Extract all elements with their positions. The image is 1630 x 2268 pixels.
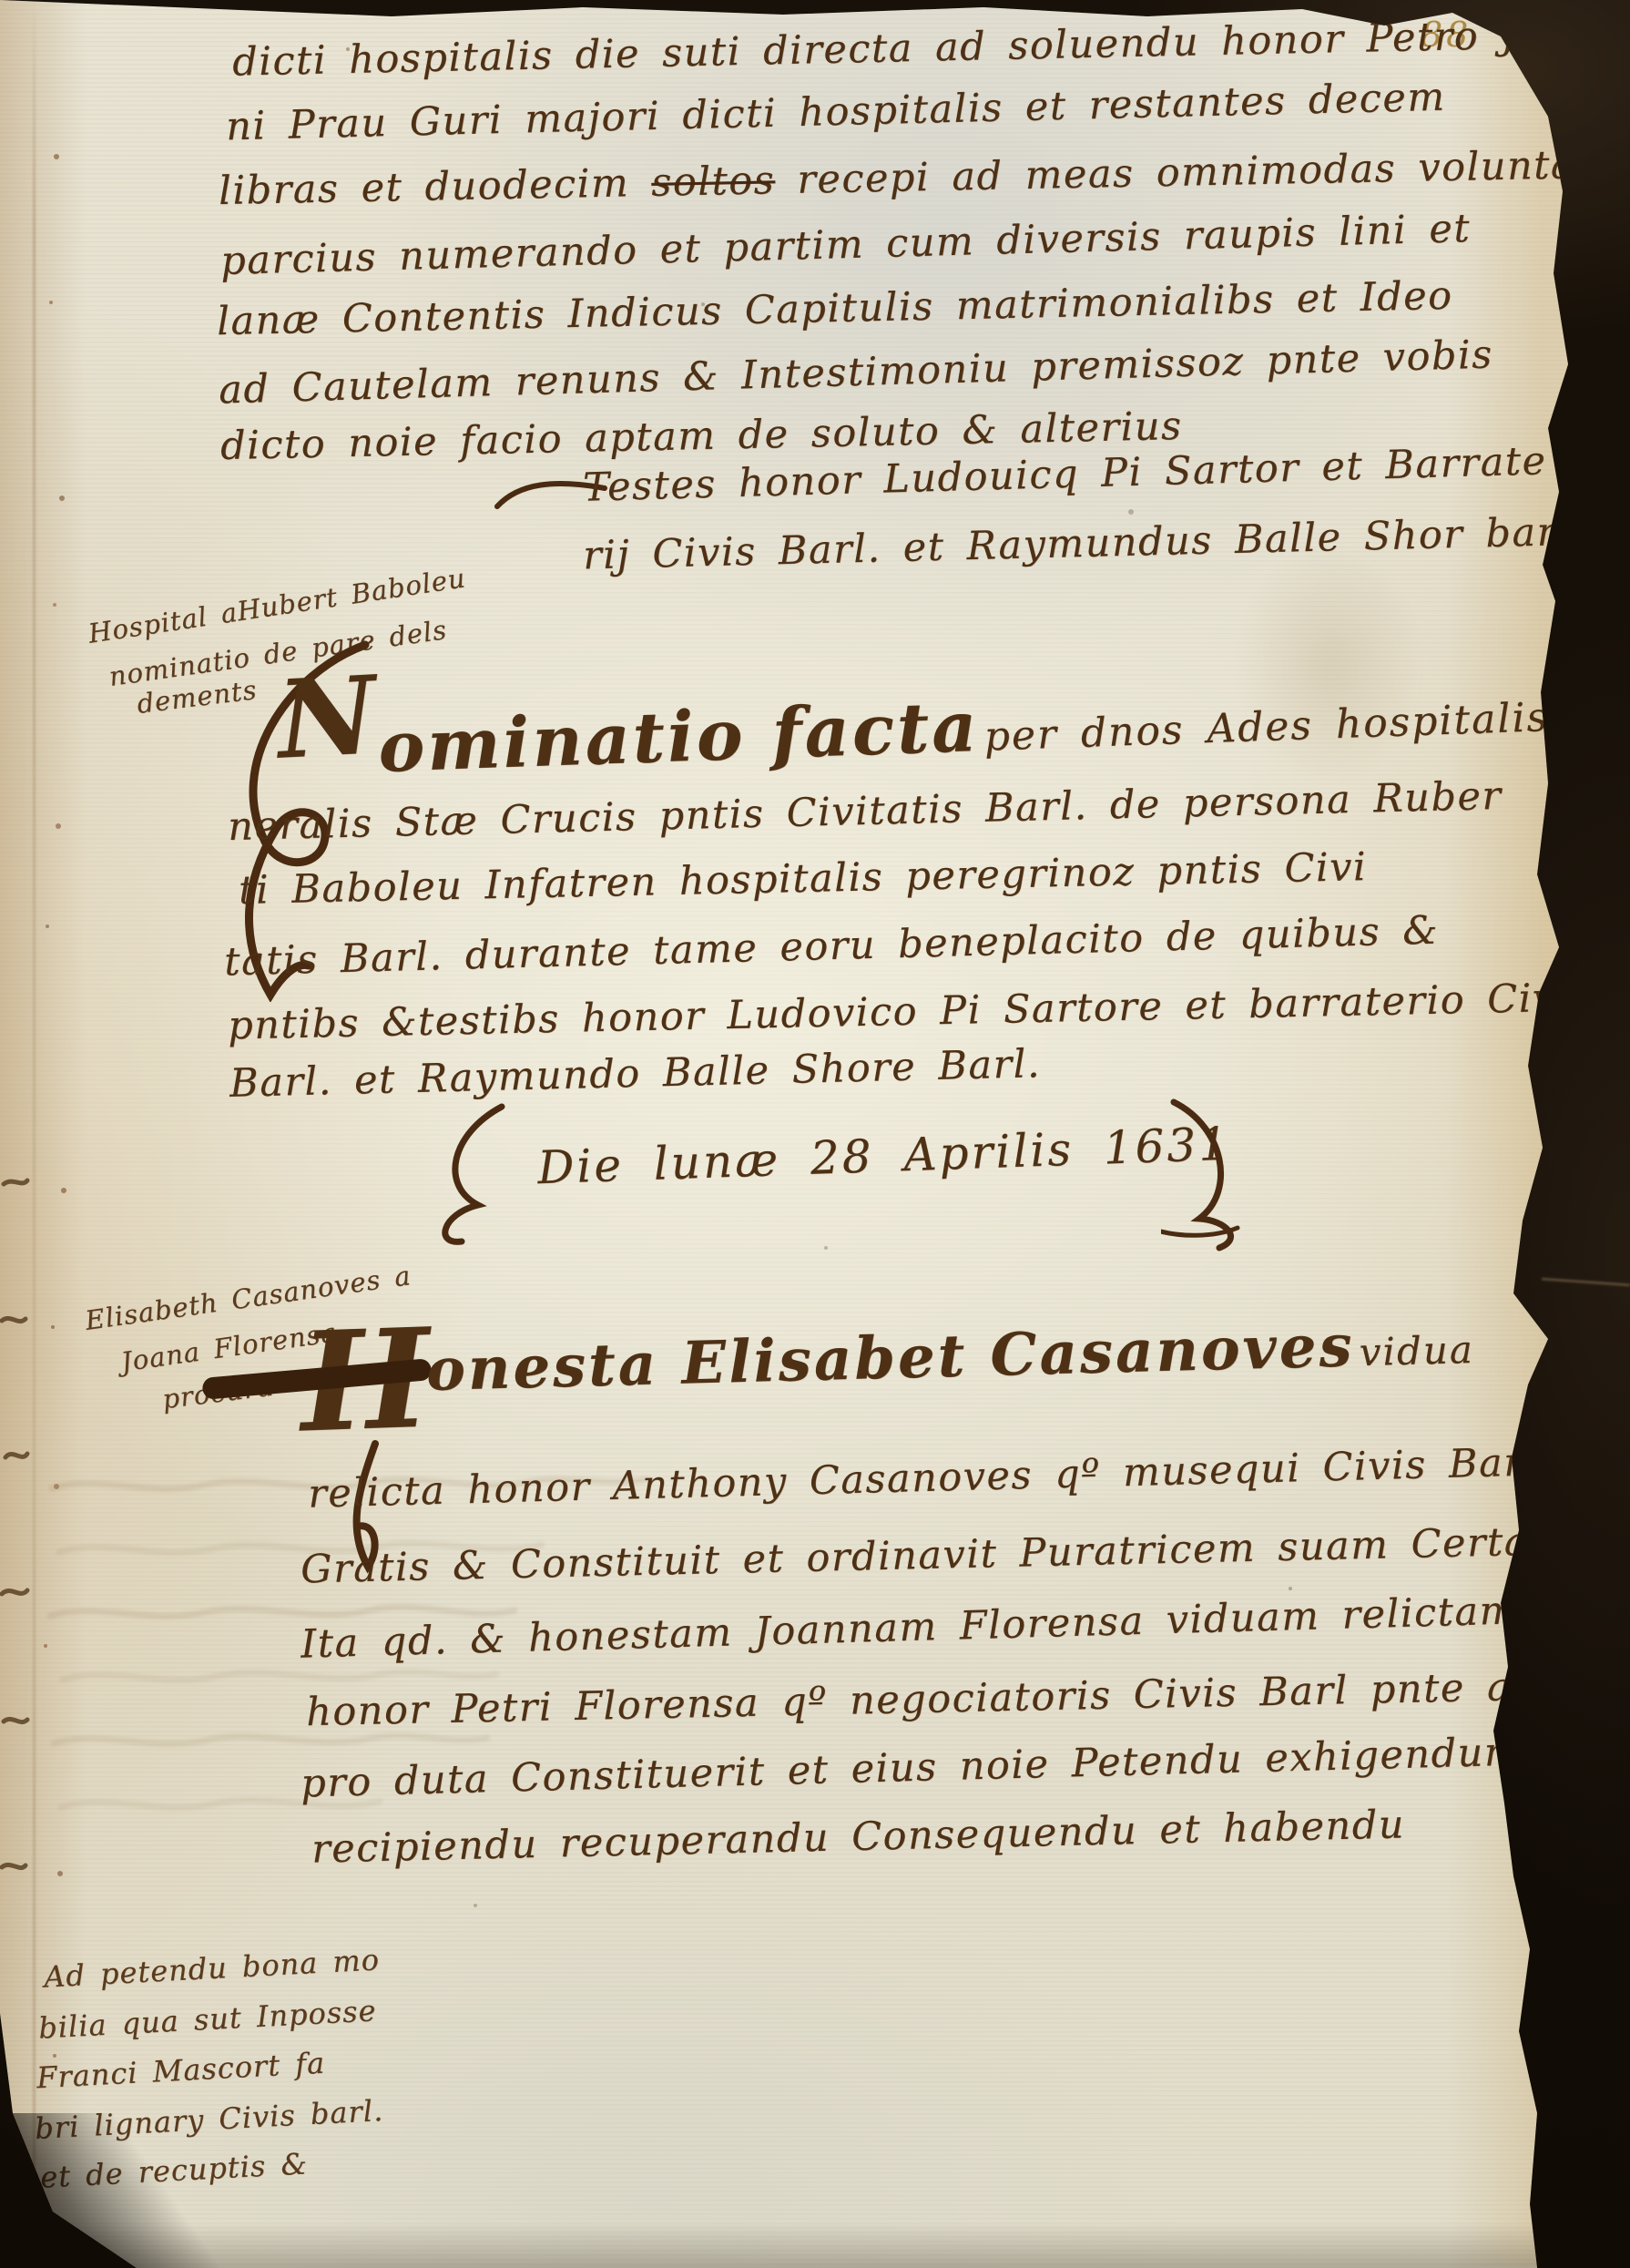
struck-word: soltos [651, 158, 776, 206]
binding-gutter-tint [0, 0, 87, 2268]
date-line: Die lunæ 28 Aprilis 1631 [536, 1118, 1231, 1195]
manuscript-line: pntibs &testibs honor Ludovico Pi Sartor… [228, 975, 1581, 1048]
manuscript-line: ad Cautelam renuns & Intestimoniu premis… [219, 332, 1494, 413]
manuscript-line: ti Baboleu Infatren hospitalis peregrino… [239, 844, 1368, 914]
heading-continuation: per dnos Ades hospitalis ge [983, 691, 1625, 761]
manuscript-line: Ita qd. & honestam Joannam Florensa vidu… [301, 1588, 1519, 1667]
line-text: recepi ad meas omnimodas voluntates [775, 141, 1630, 203]
manuscript-line: relicta honor Anthony Casanoves qº museq… [308, 1439, 1538, 1517]
foxing-spots [0, 0, 4, 4]
date-left-flourish [414, 1098, 514, 1252]
manuscript-line: dicti hospitalis die suti directa ad sol… [232, 11, 1595, 85]
heading-end-word: vidua [1359, 1327, 1474, 1374]
manuscript-line-struck-word: libras et duodecim soltos recepi ad meas… [219, 141, 1630, 214]
gutter-fold-crease [33, 0, 36, 2268]
witness-line: rij Civis Barl. et Raymundus Balle Shor … [583, 509, 1585, 579]
manuscript-line: lanæ Contentis Indicus Capitulis matrimo… [217, 273, 1453, 344]
backdrop-crease [1542, 1278, 1630, 1287]
manuscript-line: recipiendu recuperandu Consequendu et ha… [311, 1802, 1406, 1872]
manuscript-line: pro duta Constituerit et eius noie Peten… [301, 1729, 1523, 1806]
manuscript-line: tatis Barl. durante tame eoru beneplacit… [224, 908, 1440, 986]
margin-note-line: Ad petendu bona mo [43, 1942, 381, 1994]
manuscript-line: Barl. et Raymundo Balle Shore Barl. [229, 1041, 1042, 1107]
manuscript-line: honor Petri Florensa qº negociatoris Civ… [306, 1662, 1625, 1735]
margin-note-line: bilia qua sut Inposse [37, 1993, 377, 2045]
heading-large-text: onesta Elisabet Casanoves [425, 1312, 1355, 1405]
entry-heading: ominatio facta per dnos Ades hospitalis … [377, 663, 1625, 788]
entry-heading: onesta Elisabet Casanoves vidua [425, 1309, 1474, 1405]
manuscript-line: Gratis & Constituit et ordinavit Puratri… [301, 1517, 1626, 1592]
scan-backdrop: 88 dicti hospitalis die suti directa ad … [0, 0, 1630, 2268]
margin-note-line: bri lignary Civis barl. [34, 2093, 384, 2146]
manuscript-page: 88 dicti hospitalis die suti directa ad … [0, 0, 1630, 2268]
heading-large-text: ominatio facta [377, 686, 981, 788]
margin-note-line: et de recuptis & [39, 2146, 309, 2194]
manuscript-line: parcius numerando et partim cum diversis… [220, 206, 1472, 284]
initial-capital-h: H [298, 1299, 433, 1464]
line-text: libras et duodecim [219, 160, 652, 214]
date-right-flourish [1161, 1091, 1266, 1255]
initial-capital-n: N [274, 651, 379, 782]
gutter-ink-marks [0, 1157, 31, 1977]
manuscript-line: ni Prau Guri majori dicti hospitalis et … [226, 75, 1447, 150]
margin-note-line: Franci Mascort fa [36, 2046, 326, 2096]
bottom-edge-shadow [0, 2222, 1630, 2268]
margin-note-line: procura [160, 1371, 275, 1415]
